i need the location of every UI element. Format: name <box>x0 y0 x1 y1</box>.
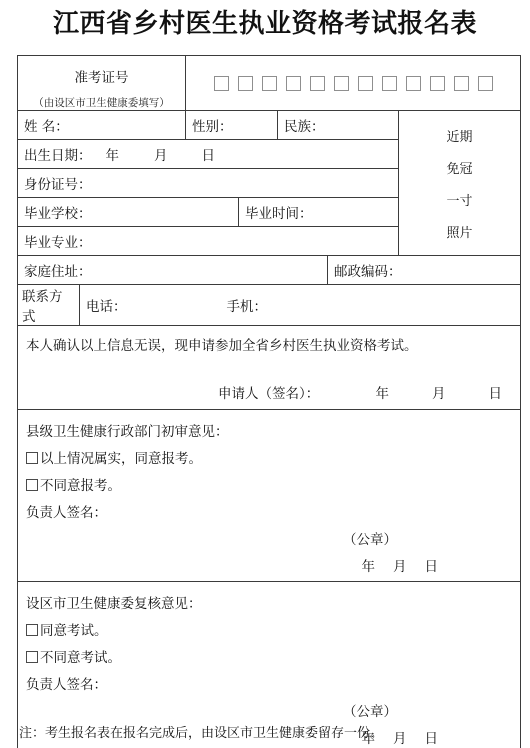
ethnicity-label: 民族： <box>284 119 325 135</box>
gender-label: 性别： <box>192 119 233 135</box>
county-review-title: 县级卫生健康行政部门初审意见： <box>26 419 510 446</box>
row-address: 家庭住址： 邮政编码： <box>18 256 521 285</box>
ticket-number-box[interactable] <box>262 76 277 91</box>
month-label: 月 <box>432 386 446 402</box>
month-label: 月 <box>393 731 407 747</box>
checkbox-icon[interactable] <box>26 479 38 491</box>
year-label: 年 <box>106 148 120 164</box>
declaration-cell: 本人确认以上信息无误，现申请参加全省乡村医生执业资格考试。 申请人（签名）： 年… <box>18 326 521 410</box>
year-label: 年 <box>376 386 390 402</box>
school-label: 毕业学校： <box>24 206 92 222</box>
month-label: 月 <box>154 148 168 164</box>
name-label: 姓 名： <box>24 119 69 135</box>
major-field[interactable]: 毕业专业： <box>18 227 399 256</box>
photo-box[interactable]: 近期 免冠 一寸 照片 <box>399 111 521 256</box>
declaration-text: 本人确认以上信息无误，现申请参加全省乡村医生执业资格考试。 <box>18 326 520 354</box>
county-signature-field[interactable]: 负责人签名： <box>26 500 510 527</box>
ticket-number-box[interactable] <box>430 76 445 91</box>
postal-code-label: 邮政编码： <box>334 264 402 280</box>
county-signature-label: 负责人签名： <box>26 505 107 521</box>
ticket-number-box[interactable] <box>358 76 373 91</box>
checkbox-icon[interactable] <box>26 651 38 663</box>
county-review-date[interactable]: 年月日 <box>26 554 510 581</box>
ticket-number-box[interactable] <box>382 76 397 91</box>
applicant-signature-date[interactable]: 年月日 <box>376 382 503 402</box>
mobile-label: 手机： <box>227 299 268 315</box>
birth-date-label: 出生日期： <box>24 148 92 164</box>
admission-ticket-sublabel: （由设区市卫生健康委填写） <box>18 95 185 110</box>
ticket-number-box[interactable] <box>286 76 301 91</box>
ticket-number-box[interactable] <box>478 76 493 91</box>
photo-line: 一寸 <box>446 190 472 209</box>
county-review-cell: 县级卫生健康行政部门初审意见： 以上情况属实，同意报考。 不同意报考。 负责人签… <box>18 410 521 582</box>
county-review-option-reject[interactable]: 不同意报考。 <box>26 473 510 500</box>
photo-instructions: 近期 免冠 一寸 照片 <box>399 126 520 241</box>
day-label: 日 <box>425 559 439 575</box>
day-label: 日 <box>202 148 216 164</box>
day-label: 日 <box>489 386 503 402</box>
row-admission-ticket: 准考证号 （由设区市卫生健康委填写） <box>18 56 521 111</box>
photo-line: 免冠 <box>446 158 472 177</box>
city-option1-label: 同意考试。 <box>40 623 108 639</box>
photo-line: 照片 <box>446 222 472 241</box>
ticket-number-box[interactable] <box>454 76 469 91</box>
applicant-signature-row: 申请人（签名）： 年月日 <box>18 382 520 402</box>
ticket-number-box[interactable] <box>310 76 325 91</box>
registration-form-table: 准考证号 （由设区市卫生健康委填写） 姓 名： 性别： 民族： 近期 免冠 <box>17 55 521 748</box>
id-number-label: 身份证号： <box>24 177 92 193</box>
checkbox-icon[interactable] <box>26 452 38 464</box>
day-label: 日 <box>425 731 439 747</box>
year-label: 年 <box>362 559 376 575</box>
major-label: 毕业专业： <box>24 235 92 251</box>
birth-date-field[interactable]: 出生日期：年月日 <box>18 140 399 169</box>
address-label: 家庭住址： <box>24 264 92 280</box>
footer-note: 注：考生报名表在报名完成后，由设区市卫生健康委留存一份。 <box>19 722 383 741</box>
phone-label: 电话： <box>86 299 127 315</box>
ticket-number-box[interactable] <box>214 76 229 91</box>
ticket-number-box[interactable] <box>406 76 421 91</box>
id-number-field[interactable]: 身份证号： <box>18 169 399 198</box>
city-signature-label: 负责人签名： <box>26 677 107 693</box>
admission-ticket-number-cell <box>186 56 521 111</box>
contact-label: 联系方式 <box>22 289 63 325</box>
grad-time-label: 毕业时间： <box>245 206 313 222</box>
address-field[interactable]: 家庭住址： <box>18 256 328 285</box>
form-title: 江西省乡村医生执业资格考试报名表 <box>0 3 530 40</box>
county-review-option-approve[interactable]: 以上情况属实，同意报考。 <box>26 446 510 473</box>
grad-time-field[interactable]: 毕业时间： <box>239 198 399 227</box>
school-field[interactable]: 毕业学校： <box>18 198 239 227</box>
contact-field[interactable]: 电话：手机： <box>80 285 521 326</box>
city-option2-label: 不同意考试。 <box>40 650 121 666</box>
row-declaration: 本人确认以上信息无误，现申请参加全省乡村医生执业资格考试。 申请人（签名）： 年… <box>18 326 521 410</box>
row-county-review: 县级卫生健康行政部门初审意见： 以上情况属实，同意报考。 不同意报考。 负责人签… <box>18 410 521 582</box>
ticket-number-box[interactable] <box>238 76 253 91</box>
applicant-signature-label[interactable]: 申请人（签名）： <box>218 382 319 402</box>
row-name: 姓 名： 性别： 民族： 近期 免冠 一寸 照片 <box>18 111 521 140</box>
photo-line: 近期 <box>446 126 472 145</box>
gender-field[interactable]: 性别： <box>186 111 278 140</box>
city-review-title: 设区市卫生健康委复核意见： <box>26 591 510 618</box>
ticket-number-box[interactable] <box>334 76 349 91</box>
postal-code-field[interactable]: 邮政编码： <box>328 256 521 285</box>
admission-ticket-label: 准考证号 <box>18 66 185 86</box>
contact-header-cell: 联系方式 <box>18 285 80 326</box>
city-review-option-reject[interactable]: 不同意考试。 <box>26 645 510 672</box>
checkbox-icon[interactable] <box>26 624 38 636</box>
city-signature-field[interactable]: 负责人签名： <box>26 672 510 699</box>
city-review-option-approve[interactable]: 同意考试。 <box>26 618 510 645</box>
registration-form-page: 江西省乡村医生执业资格考试报名表 准考证号 （由设区市卫生健康委填写） 姓 名：… <box>0 0 530 748</box>
row-contact: 联系方式 电话：手机： <box>18 285 521 326</box>
month-label: 月 <box>393 559 407 575</box>
name-field[interactable]: 姓 名： <box>18 111 186 140</box>
county-seal-placeholder: （公章） <box>26 527 510 554</box>
admission-ticket-cell: 准考证号 （由设区市卫生健康委填写） <box>18 56 186 111</box>
county-option2-label: 不同意报考。 <box>40 478 121 494</box>
ticket-number-boxes <box>186 76 520 91</box>
ethnicity-field[interactable]: 民族： <box>278 111 399 140</box>
county-option1-label: 以上情况属实，同意报考。 <box>40 451 202 467</box>
